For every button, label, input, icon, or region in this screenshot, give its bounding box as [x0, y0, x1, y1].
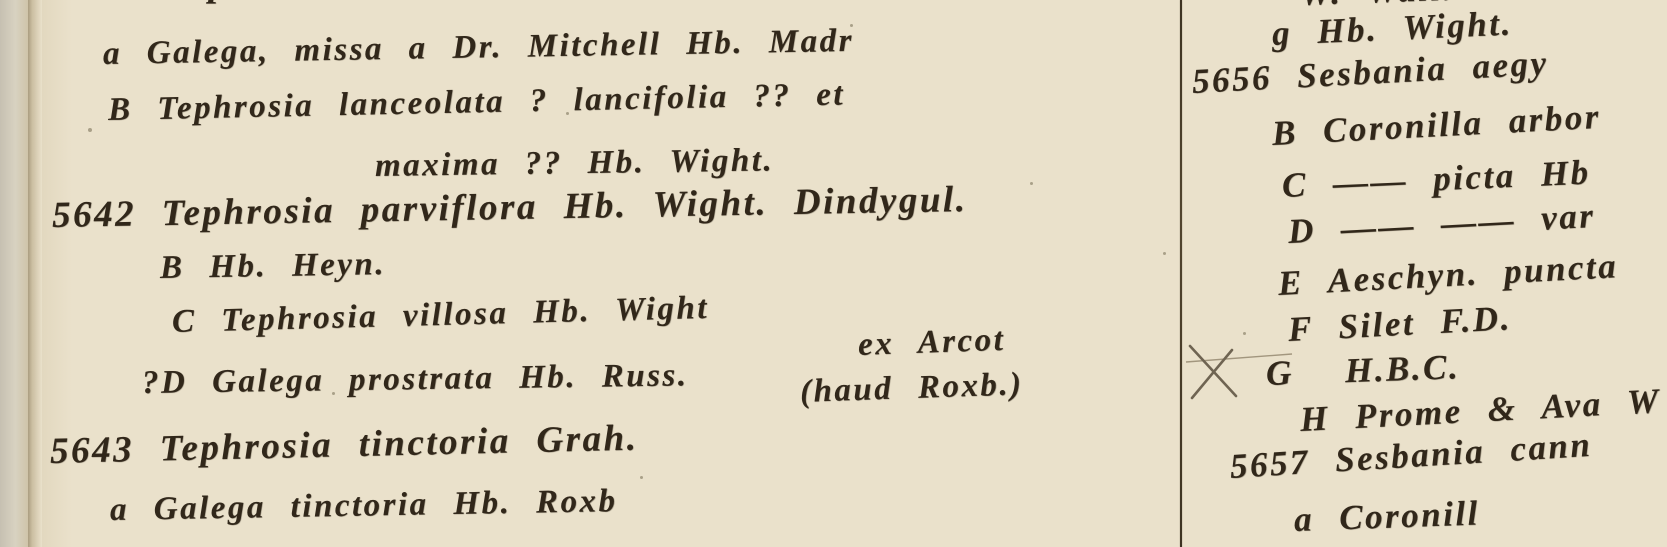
entry-5643-header: 5643 Tephrosia tinctoria Grah.	[50, 417, 639, 473]
book-gutter-edge	[0, 0, 28, 547]
ink-speck	[566, 112, 569, 115]
entry-5642-note-haud-roxb: (haud Roxb.)	[799, 366, 1024, 411]
ink-speck	[88, 128, 92, 132]
entry-5642-line-b: B Hb. Heyn.	[160, 246, 387, 287]
manuscript-scan: 5641 Tephrosia ——— Grah. a Galega, missa…	[0, 0, 1667, 547]
entry-5656-header: 5656 Sesbania aegy	[1191, 43, 1549, 102]
ink-speck	[332, 392, 335, 395]
ink-speck	[640, 476, 643, 479]
entry-5656-line-b: B Coronilla arbor	[1271, 97, 1602, 154]
entry-5641-line-b: B Tephrosia lanceolata ? lancifolia ?? e…	[108, 77, 846, 129]
ink-speck	[1243, 332, 1246, 335]
entry-5641-line-a: a Galega, missa a Dr. Mitchell Hb. Madr	[103, 23, 855, 73]
entry-5641-line-b-cont: maxima ?? Hb. Wight.	[375, 142, 775, 185]
entry-5642-locality: ex Arcot	[857, 322, 1006, 364]
page-crease	[28, 0, 42, 547]
x-mark-annotation	[1178, 336, 1308, 412]
ink-speck	[850, 24, 853, 27]
column-divider-rule	[1180, 0, 1182, 547]
entry-5657-line-a: a Coronill	[1293, 494, 1480, 540]
entry-5642-line-c: C Tephrosia villosa Hb. Wight	[172, 290, 710, 341]
entry-5656-line-d: D —— —— var	[1287, 196, 1596, 252]
entry-5641-header: 5641 Tephrosia ——— Grah.	[58, 0, 613, 7]
entry-5643-line-a: a Galega tinctoria Hb. Roxb	[110, 483, 618, 529]
ink-speck	[1163, 252, 1166, 255]
entry-5642-header: 5642 Tephrosia parviflora Hb. Wight. Din…	[52, 178, 968, 237]
entry-5642-line-d: ?D Galega prostrata Hb. Russ.	[142, 357, 689, 402]
entry-5656-line-e: E Aeschyn. puncta	[1277, 246, 1619, 304]
entry-5656-line-f: F Silet F.D.	[1287, 298, 1513, 350]
ink-speck	[1030, 182, 1033, 185]
